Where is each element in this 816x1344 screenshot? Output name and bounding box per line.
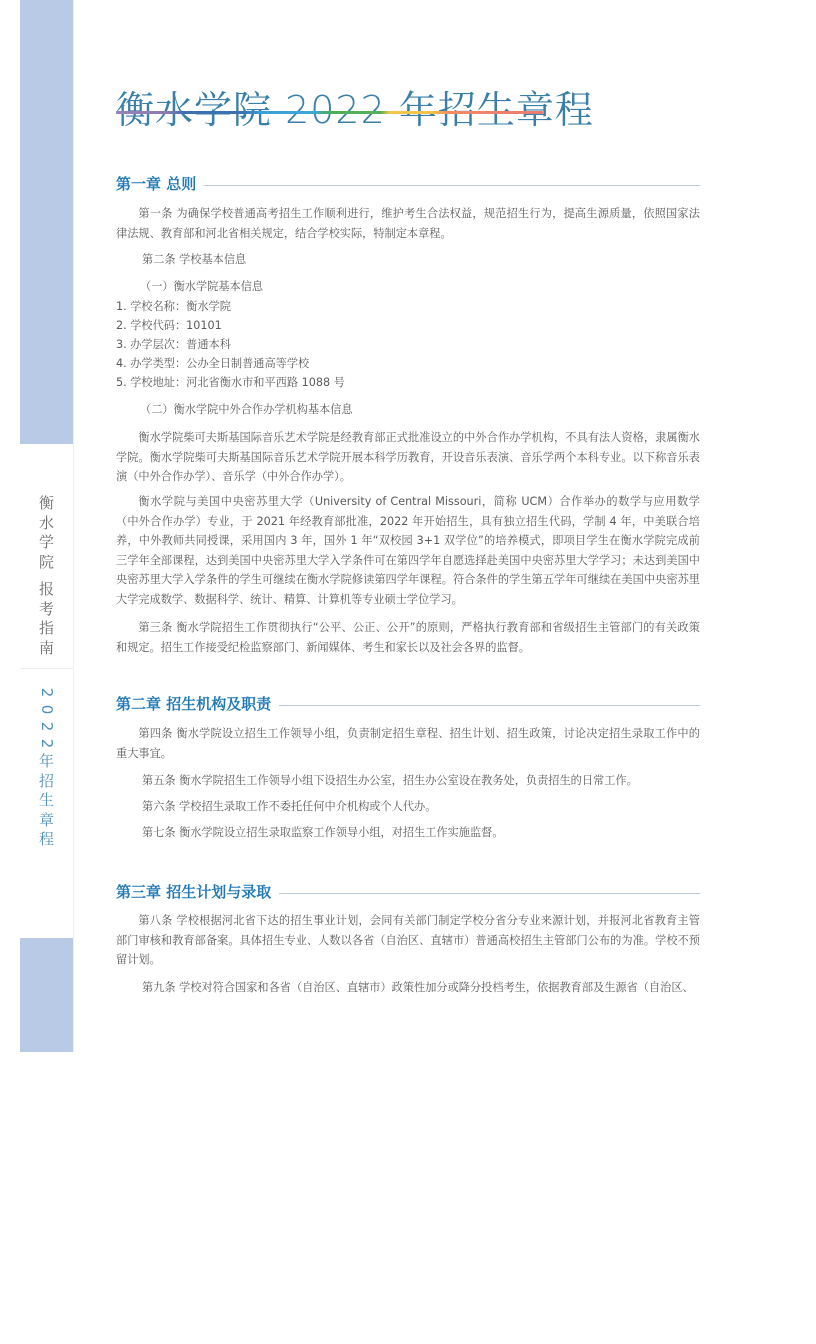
article-4: 第四条 衡水学院设立招生工作领导小组，负责制定招生章程、招生计划、招生政策，讨论… (116, 724, 700, 763)
sidebar-label-2022-charter: 2 0 2 2 年 招 生 章 程 (20, 684, 73, 850)
article-2-heading: 第二条 学校基本信息 (142, 250, 246, 269)
sidebar-label-admission-guide: 衡 水 学 院 报 考 指 南 (20, 494, 73, 658)
article-7: 第七条 衡水学院设立招生录取监察工作领导小组，对招生工作实施监督。 (142, 823, 504, 842)
section-1-heading: （一）衡水学院基本信息 (140, 277, 263, 296)
heading-rule (279, 705, 700, 706)
sidebar-accent-block-bottom (20, 938, 73, 1052)
basic-info-item: 5. 学校地址：河北省衡水市和平西路 1088 号 (116, 373, 345, 392)
article-6: 第六条 学校招生录取工作不委托任何中介机构或个人代办。 (142, 797, 436, 816)
basic-info-item: 4. 办学类型：公办全日制普通高等学校 (116, 354, 309, 373)
section-2-paragraph-2: 衡水学院与美国中央密苏里大学（University of Central Mis… (116, 492, 700, 609)
title-rainbow-rule (116, 111, 543, 114)
article-9: 第九条 学校对符合国家和各省（自治区、直辖市）政策性加分或降分投档考生，依据教育… (142, 978, 694, 997)
article-1: 第一条 为确保学校普通高考招生工作顺利进行，维护考生合法权益，规范招生行为，提高… (116, 204, 700, 243)
basic-info-item: 2. 学校代码：10101 (116, 316, 222, 335)
article-3: 第三条 衡水学院招生工作贯彻执行“公平、公正、公开”的原则，严格执行教育部和省级… (116, 618, 700, 657)
heading-rule (279, 893, 700, 894)
section-2-heading: （二）衡水学院中外合作办学机构基本信息 (140, 400, 353, 419)
chapter-heading-3: 第三章 招生计划与录取 (116, 882, 700, 902)
basic-info-item: 1. 学校名称：衡水学院 (116, 297, 231, 316)
heading-rule (204, 185, 700, 186)
chapter-heading-1: 第一章 总则 (116, 174, 700, 194)
chapter-heading-2: 第二章 招生机构及职责 (116, 694, 700, 714)
basic-info-item: 3. 办学层次：普通本科 (116, 335, 231, 354)
sidebar-accent-block-top (20, 0, 73, 444)
article-5: 第五条 衡水学院招生工作领导小组下设招生办公室，招生办公室设在教务处，负责招生的… (142, 771, 638, 790)
section-2-paragraph-1: 衡水学院柴可夫斯基国际音乐艺术学院是经教育部正式批准设立的中外合作办学机构，不具… (116, 428, 700, 487)
article-8: 第八条 学校根据河北省下达的招生事业计划，会同有关部门制定学校分省分专业来源计划… (116, 911, 700, 970)
sidebar: 衡 水 学 院 报 考 指 南 2 0 2 2 年 招 生 章 程 (20, 0, 74, 1052)
